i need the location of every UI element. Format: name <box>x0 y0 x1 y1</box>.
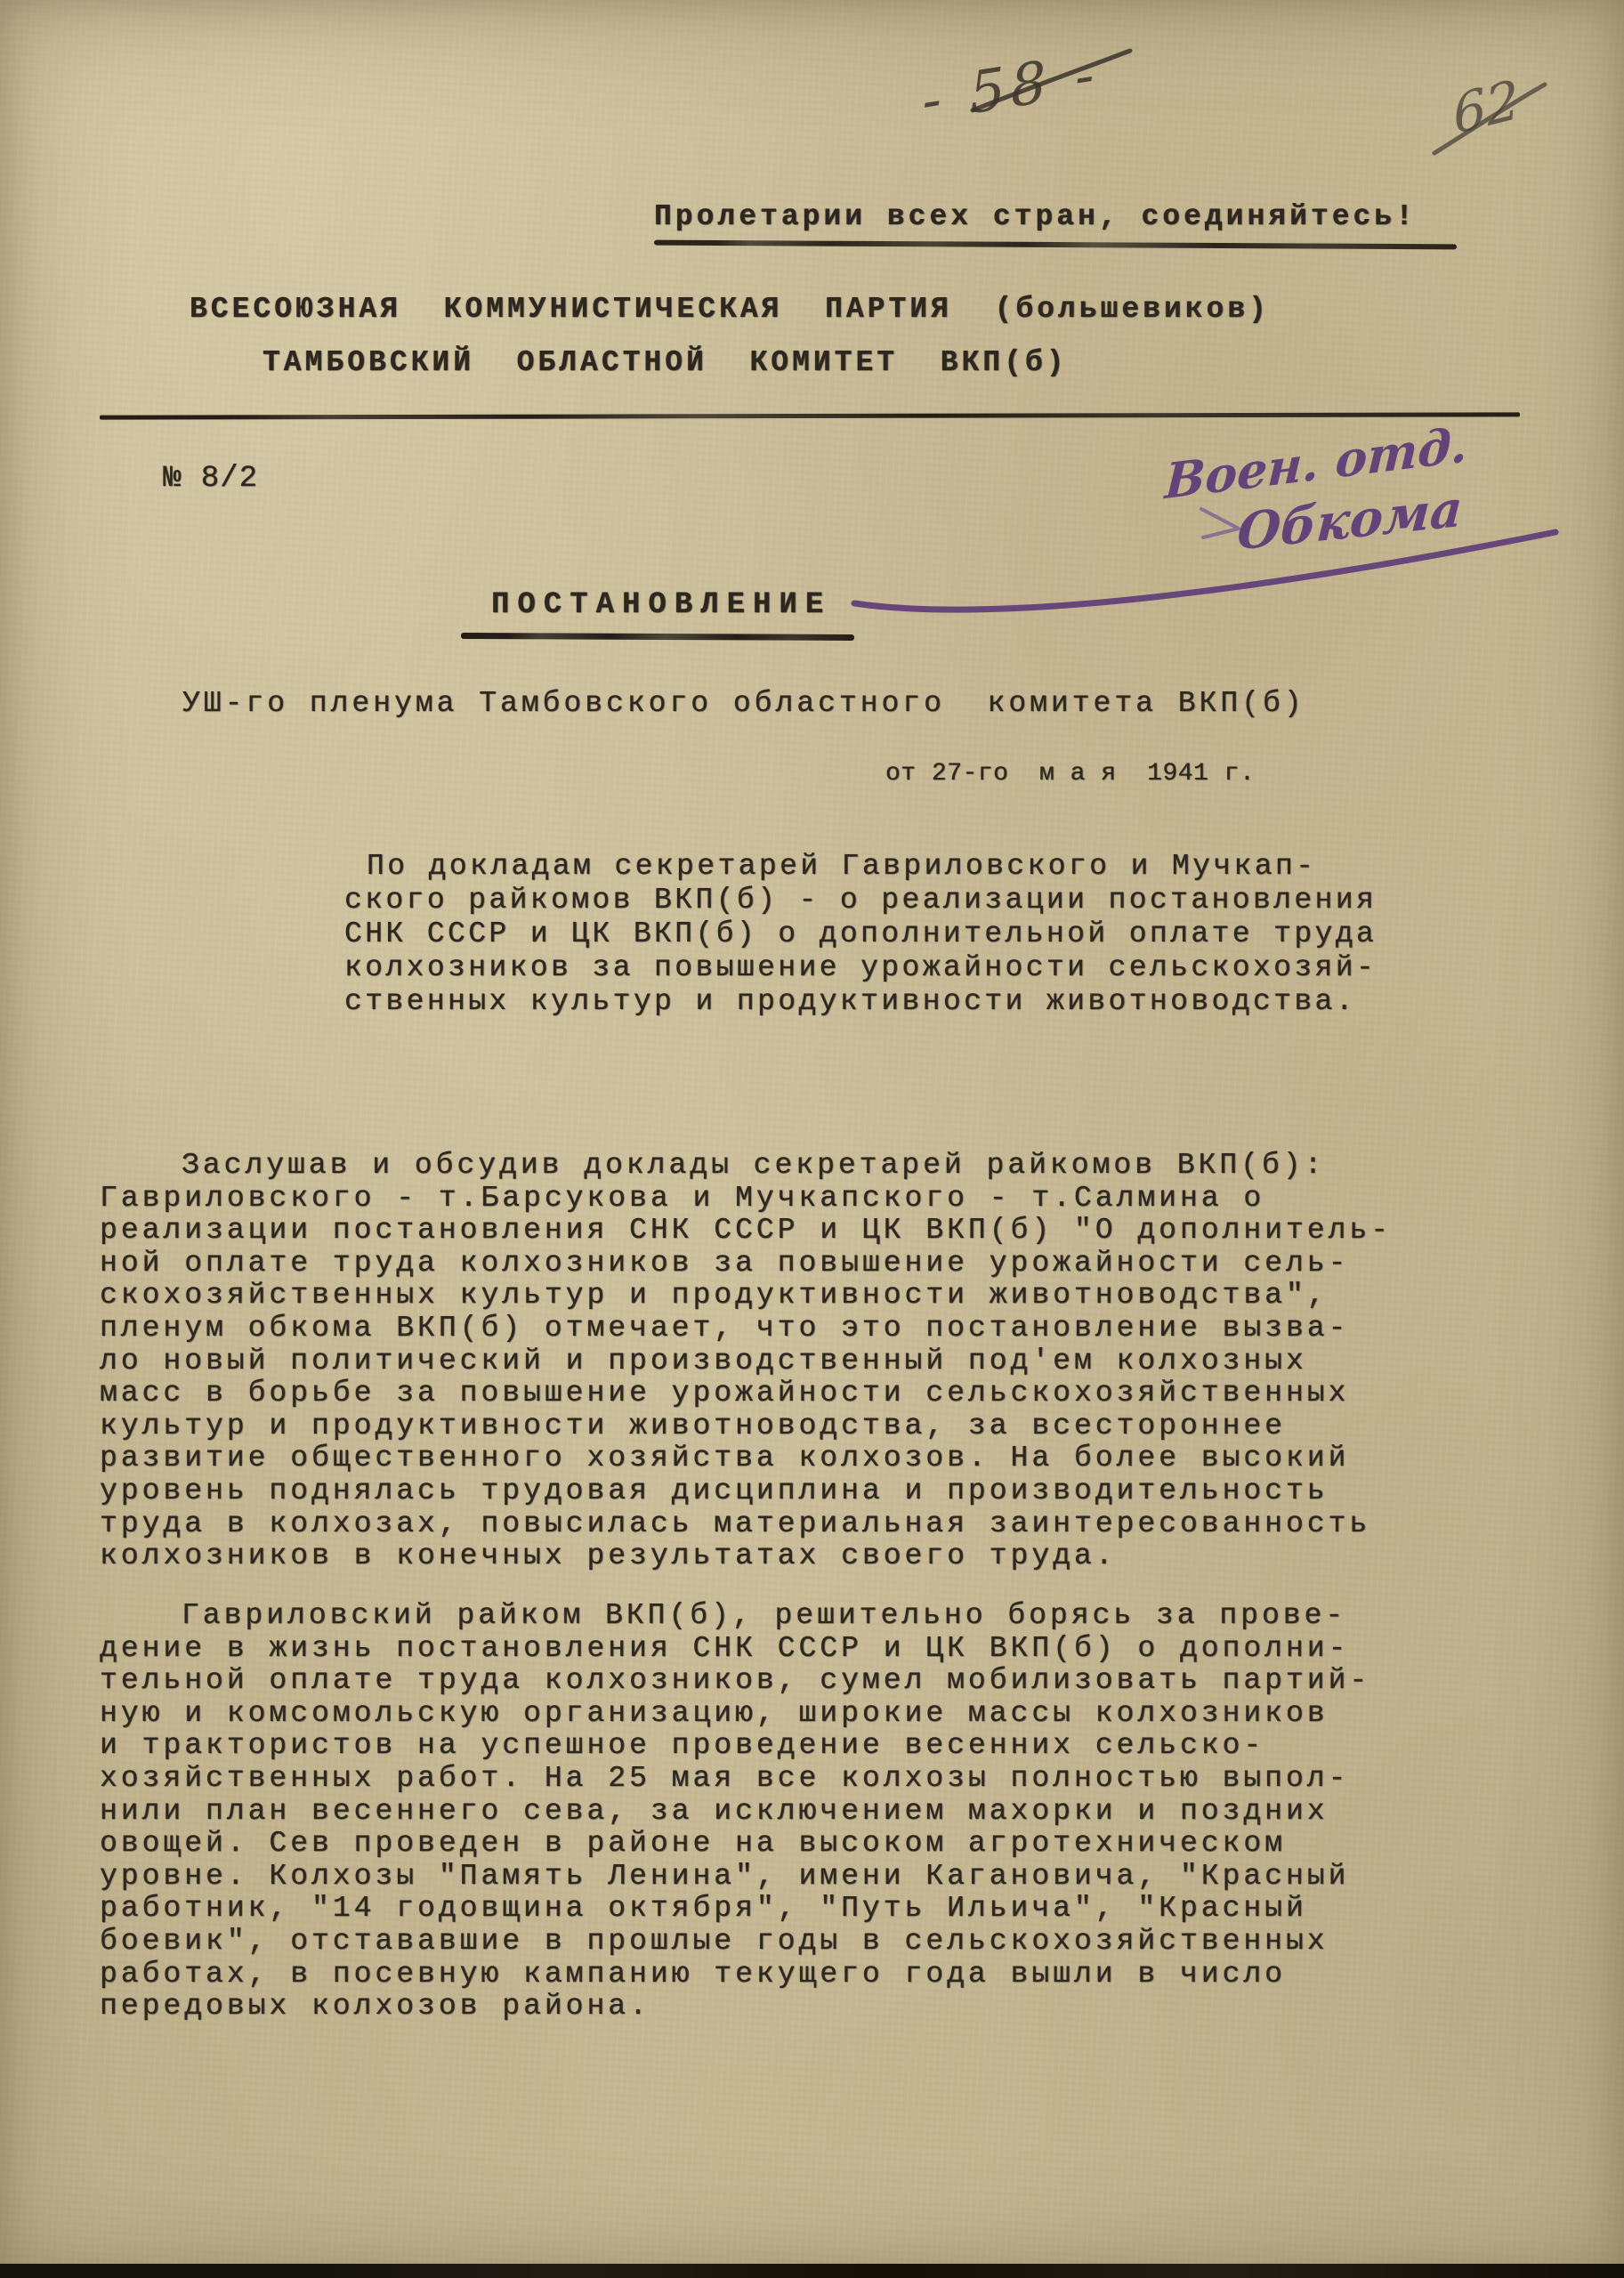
body-paragraph-2: Гавриловский райком ВКП(б), решительно б… <box>100 1600 1370 2024</box>
slogan-underline <box>654 240 1457 250</box>
preamble-block: По докладам секретарей Гавриловского и М… <box>344 850 1377 1019</box>
title-underline <box>461 633 854 641</box>
document-title: ПОСТАНОВЛЕНИЕ <box>491 589 831 622</box>
ink-arrow-mark <box>1201 509 1239 537</box>
subtitle-date-line: от 27-го м а я 1941 г. <box>885 758 1255 791</box>
org-name-line1: ВСЕСОЮЗНАЯ КОММУНИСТИЧЕСКАЯ ПАРТИЯ (боль… <box>190 294 1270 327</box>
pencil-corner-number: 62 <box>1450 69 1522 148</box>
org-name-line2: ТАМБОВСКИЙ ОБЛАСТНОЙ КОМИТЕТ ВКП(б) <box>263 347 1068 380</box>
document-number: № 8/2 <box>163 463 258 496</box>
pencil-page-number: - 58 - <box>920 41 1101 135</box>
slogan-line: Пролетарии всех стран, соединяйтесь! <box>654 201 1417 234</box>
letterhead-divider <box>100 412 1520 419</box>
ink-underline-stroke <box>854 532 1555 610</box>
body-paragraph-1: Заслушав и обсудив доклады секретарей ра… <box>100 1150 1392 1573</box>
scan-bottom-edge <box>0 2264 1624 2278</box>
subtitle-plenum-line: УШ-го пленума Тамбовского областного ком… <box>182 688 1305 721</box>
scanned-document-page: - 58 - 62 Пролетарии всех стран, соединя… <box>0 0 1624 2278</box>
